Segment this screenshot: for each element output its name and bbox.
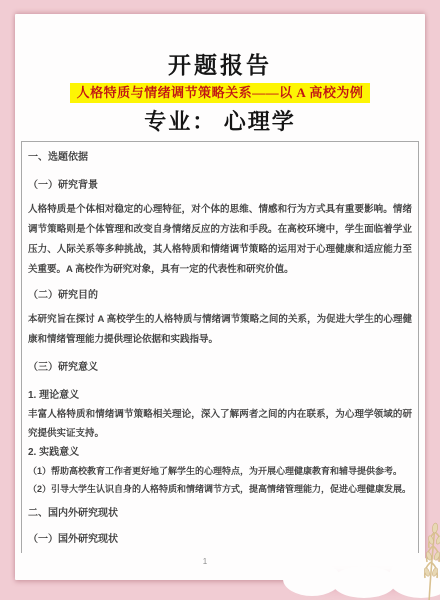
section-heading: 一、选题依据 <box>28 148 412 168</box>
page-number: 1 <box>15 557 395 566</box>
subtitle-row: 人格特质与情绪调节策略关系——以 A 高校为例 <box>15 83 425 103</box>
sub-heading: （一）研究背景 <box>28 176 412 196</box>
numbered-heading: 1. 理论意义 <box>28 386 412 405</box>
paragraph: 本研究旨在探讨 A 高校学生的人格特质与情绪调节策略之间的关系，为促进大学生的心… <box>28 310 412 350</box>
paragraph: 丰富人格特质和情绪调节策略相关理论，深入了解两者之间的内在联系，为心理学领域的研… <box>28 405 412 443</box>
page-bottom-wave <box>332 566 396 598</box>
document-page: 开题报告 人格特质与情绪调节策略关系——以 A 高校为例 专业： 心理学 一、选… <box>15 14 425 580</box>
sub-heading: （三）研究意义 <box>28 358 412 378</box>
list-item: （1）帮助高校教育工作者更好地了解学生的心理特点，为开展心理健康教育和辅导提供参… <box>28 462 412 480</box>
page-title: 开题报告 <box>25 52 415 79</box>
list-item: （2）引导大学生认识自身的人格特质和情绪调节方式，提高情绪管理能力，促进心理健康… <box>28 480 412 498</box>
numbered-heading: 2. 实践意义 <box>28 443 412 462</box>
major-line: 专业： 心理学 <box>25 108 415 135</box>
sub-heading: （二）研究目的 <box>28 286 412 306</box>
sub-heading: （一）国外研究现状 <box>28 530 412 550</box>
section-heading: 二、国内外研究现状 <box>28 504 412 524</box>
wheat-stalk-icon <box>411 518 440 600</box>
highlighted-subtitle: 人格特质与情绪调节策略关系——以 A 高校为例 <box>70 83 371 103</box>
photo-frame: 开题报告 人格特质与情绪调节策略关系——以 A 高校为例 专业： 心理学 一、选… <box>0 0 440 600</box>
content-box: 一、选题依据 （一）研究背景 人格特质是个体相对稳定的心理特征，对个体的思维、情… <box>21 141 419 553</box>
paragraph: 人格特质是个体相对稳定的心理特征，对个体的思维、情感和行为方式具有重要影响。情绪… <box>28 200 412 280</box>
